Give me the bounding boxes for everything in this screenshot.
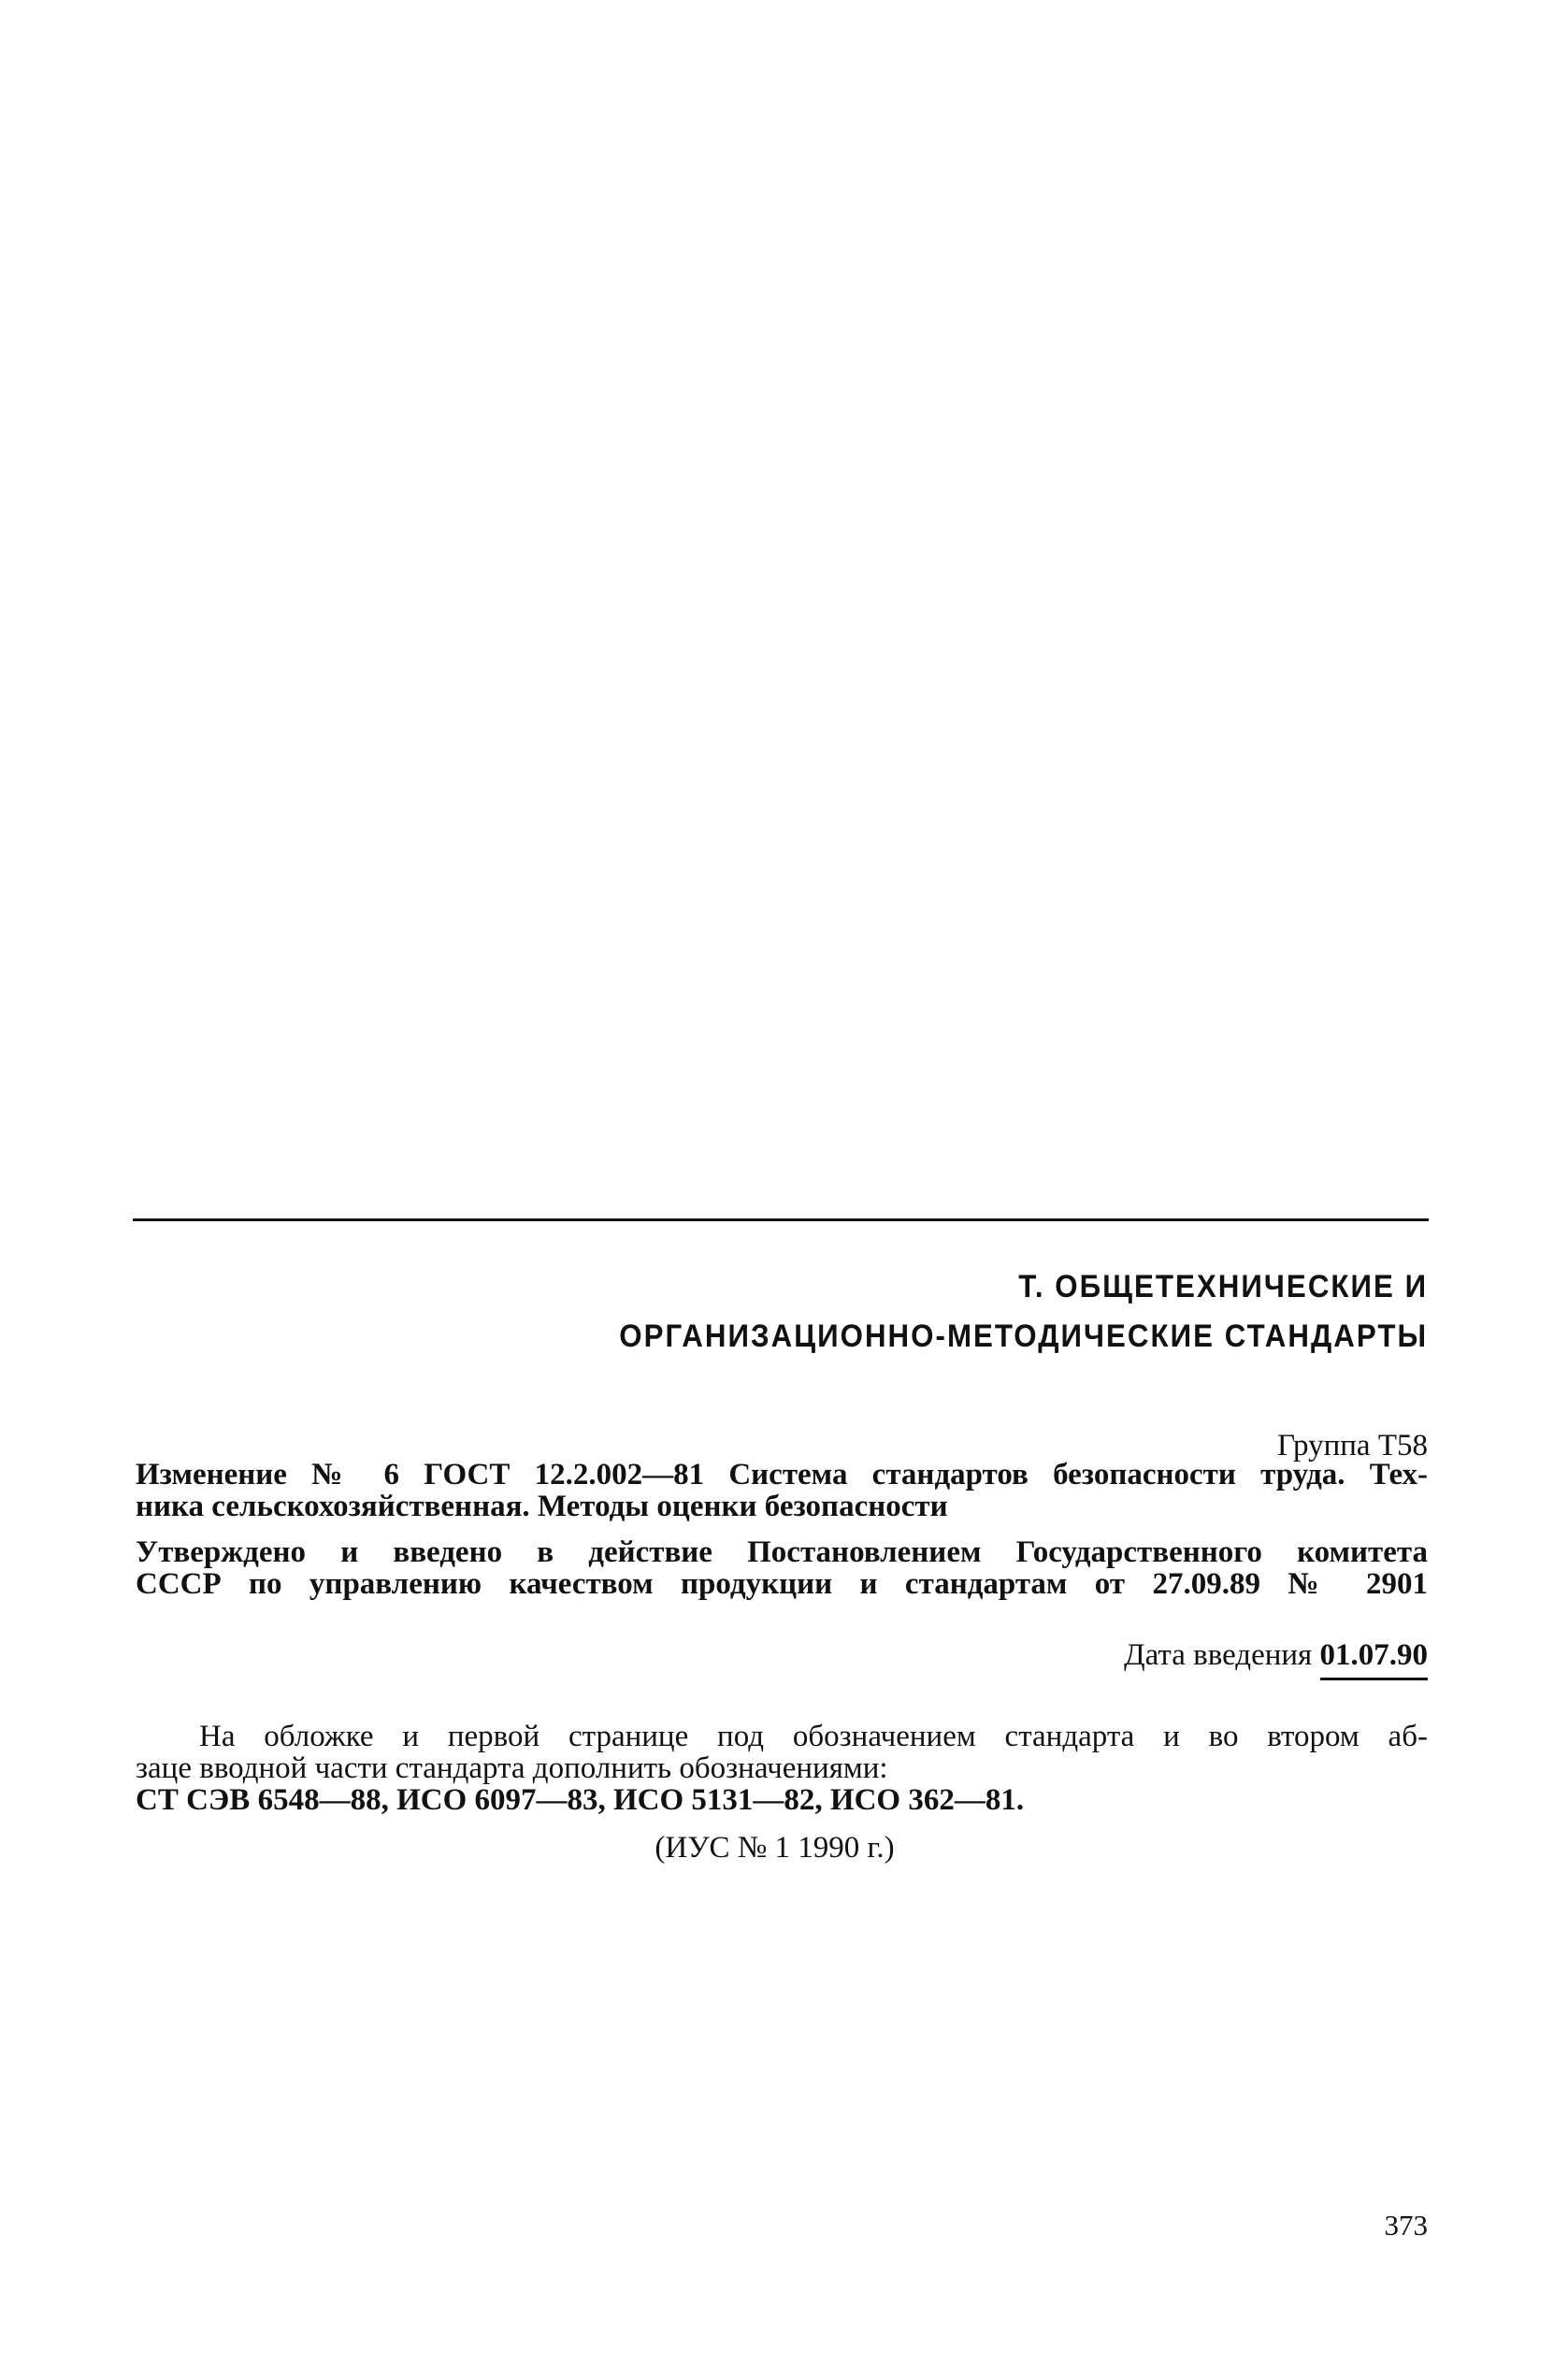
approval-line-1: Утверждено и введено в действие Постанов… (136, 1536, 1428, 1568)
amendment-text: На обложке и первой странице под обознач… (136, 1721, 1428, 1816)
introduction-date-value: 01.07.90 (1320, 1638, 1429, 1680)
section-heading: Т. ОБЩЕТЕХНИЧЕСКИЕ И ОРГАНИЗАЦИОННО-МЕТО… (619, 1262, 1428, 1362)
amendment-line-1: На обложке и первой странице под обознач… (136, 1721, 1428, 1752)
approval-line-2: СССР по управлению качеством продукции и… (136, 1568, 1428, 1600)
change-title: Изменение № 6 ГОСТ 12.2.002—81 Система с… (136, 1459, 1428, 1522)
amendment-line-2: заце вводной части стандарта дополнить о… (136, 1752, 1428, 1784)
document-page: Т. ОБЩЕТЕХНИЧЕСКИЕ И ОРГАНИЗАЦИОННО-МЕТО… (0, 0, 1568, 2363)
page-number: 373 (1385, 2210, 1429, 2241)
change-title-line-1: Изменение № 6 ГОСТ 12.2.002—81 Система с… (136, 1459, 1428, 1491)
standards-list: СТ СЭВ 6548—88, ИСО 6097—83, ИСО 5131—82… (136, 1784, 1428, 1816)
introduction-date: Дата введения 01.07.90 (1124, 1638, 1428, 1672)
change-title-line-2: ника сельскохозяйственная. Методы оценки… (136, 1491, 1428, 1522)
source-note-text: (ИУС № 1 1990 г.) (655, 1831, 894, 1865)
source-note: (ИУС № 1 1990 г.) (0, 1831, 1568, 1865)
approval-statement: Утверждено и введено в действие Постанов… (136, 1536, 1428, 1600)
section-heading-line-2: ОРГАНИЗАЦИОННО-МЕТОДИЧЕСКИЕ СТАНДАРТЫ (619, 1312, 1428, 1362)
horizontal-rule (133, 1218, 1429, 1221)
introduction-date-label: Дата введения (1124, 1638, 1312, 1672)
section-heading-line-1: Т. ОБЩЕТЕХНИЧЕСКИЕ И (619, 1262, 1428, 1312)
